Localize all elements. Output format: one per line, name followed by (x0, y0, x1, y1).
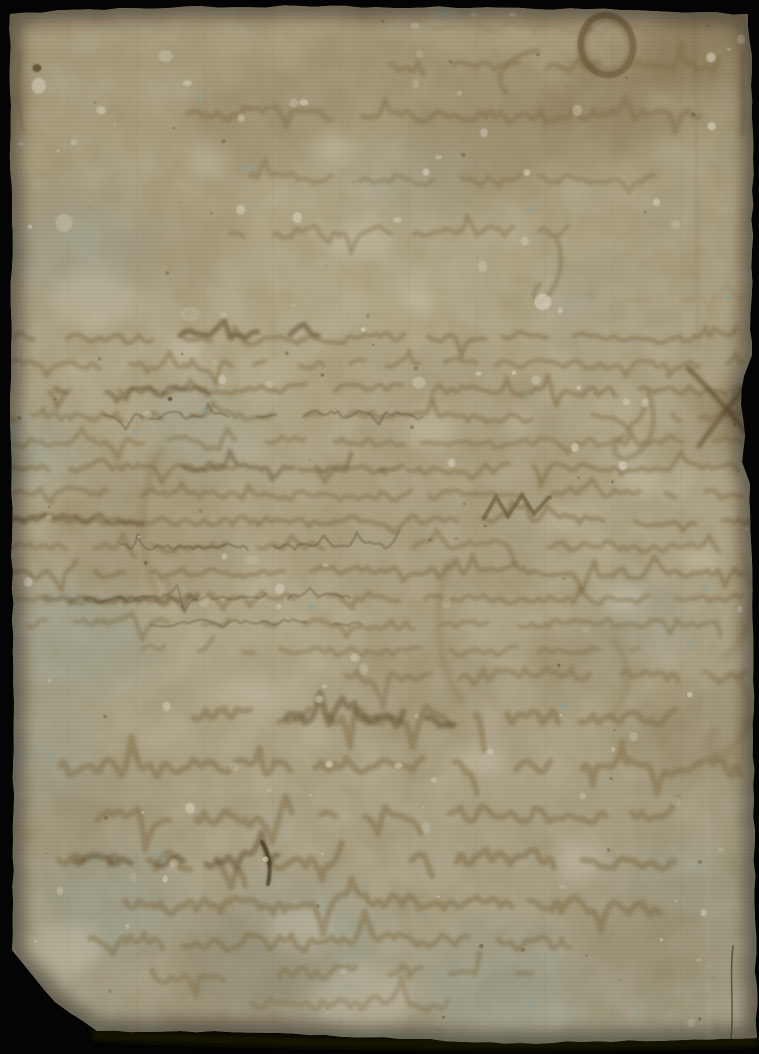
grain-texture (0, 0, 759, 1054)
manuscript-scan (0, 0, 759, 1054)
paper-surface (0, 0, 759, 1054)
parchment-document (0, 0, 759, 1054)
